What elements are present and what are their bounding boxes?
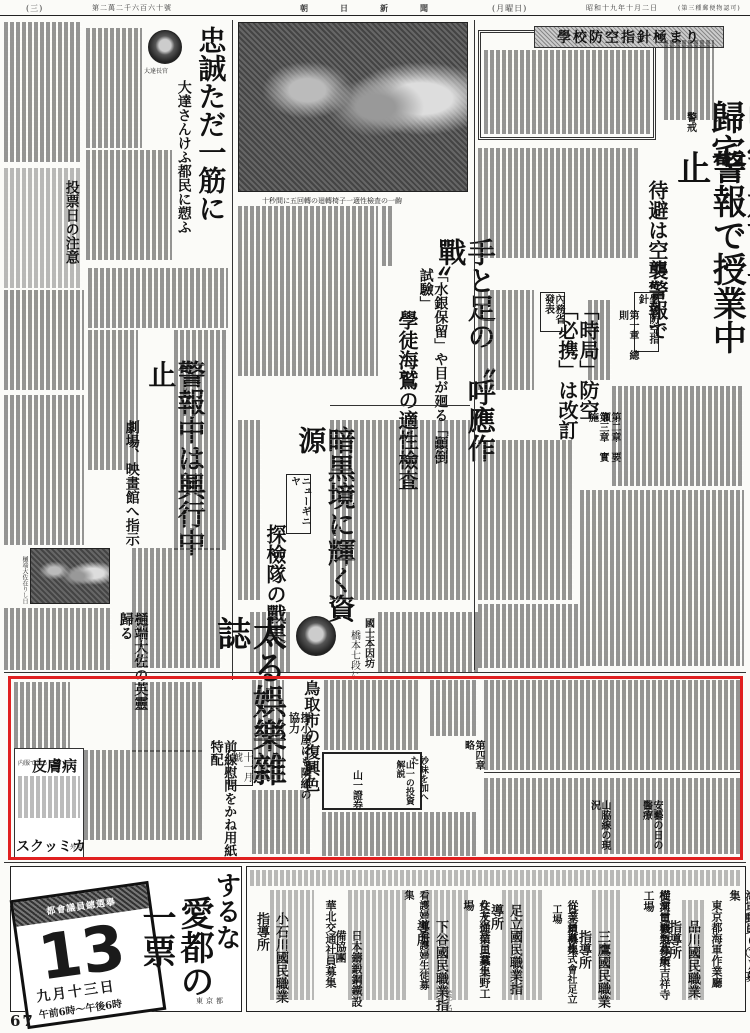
masthead-rule <box>0 15 750 16</box>
body-text-block <box>382 206 392 266</box>
portrait-caption: 大達長官 <box>144 66 168 75</box>
newspaper-name: 朝 日 新 聞 <box>300 3 440 14</box>
ad-fine-print <box>592 890 622 1000</box>
issue-number: 第二萬二千六百六十號 <box>92 3 172 13</box>
body-text-block <box>14 682 70 752</box>
jikyoku-subhead: 內務省發表 <box>540 292 565 332</box>
body-text-block <box>484 680 740 770</box>
ad-fine-print <box>502 890 542 1000</box>
ad-fine-print <box>682 900 706 1000</box>
colonel-photo <box>30 548 110 604</box>
job-listing-9: 東京都海軍作業廳 <box>708 900 724 1000</box>
photo-caption: 十秒間に五回轉の廻轉椅子一適性檢査の一齣 <box>262 196 402 206</box>
weekday: (月曜日) <box>492 3 527 14</box>
body-text-block <box>484 778 740 854</box>
body-text-block <box>478 440 574 600</box>
job-listing-3-count: 若干名 <box>444 990 454 1011</box>
body-text-block <box>4 608 112 670</box>
body-text-block <box>478 604 578 668</box>
south-committee-subhead: 第四章 略 <box>462 740 483 780</box>
body-text-block <box>86 150 172 260</box>
body-text-block <box>238 420 262 600</box>
book-notice-title: 山一の投資解説 <box>394 760 413 810</box>
body-text-block <box>430 680 478 736</box>
colonel-photo-caption: 樋端大佐在りし日 <box>20 556 29 604</box>
date: 昭和十九年十月二日 <box>586 3 658 13</box>
skin-ad-small: 内服で治る <box>18 758 48 767</box>
ad-fine-print <box>348 890 408 1000</box>
body-text-block <box>238 206 378 376</box>
new-guinea-kicker: ニューギニヤ <box>286 474 311 534</box>
body-text-block <box>580 490 744 666</box>
masthead: (三) 第二萬二千六百六十號 朝 日 新 聞 (月曜日) 昭和十九年十月二日 (… <box>0 0 750 16</box>
ad-fine-print <box>270 890 314 1000</box>
body-text-block <box>88 268 228 328</box>
section-rule <box>484 772 740 773</box>
time-to: 午後6時 <box>85 999 123 1015</box>
school-section-1: 第一章 總則 <box>616 310 637 360</box>
edition: (第三種郵便物認可) <box>678 3 741 12</box>
body-text-block <box>4 395 84 545</box>
body-text-block <box>612 386 744 486</box>
skin-ad-tagline: 外用 <box>70 842 82 851</box>
body-text-block <box>378 612 478 672</box>
column-rule <box>474 20 475 670</box>
magazines-issue-tag: 十一月號 <box>228 750 253 786</box>
body-text-block <box>324 680 420 750</box>
loyalty-headline: 忠誠ただ一筋に <box>196 26 225 276</box>
section-rule <box>4 862 746 863</box>
body-text-block <box>252 680 284 780</box>
body-text-block <box>330 420 470 600</box>
ad-fine-print <box>18 776 80 818</box>
profile-portrait <box>296 616 336 656</box>
section-rule <box>330 405 470 406</box>
page-number: 67 <box>10 1012 35 1030</box>
election-slogan-2: 一票 <box>132 900 181 990</box>
portrait-photo <box>148 30 182 64</box>
body-text-block <box>132 548 222 668</box>
body-text-block <box>4 22 82 162</box>
election-sponsor: 東京都 <box>196 996 226 1006</box>
page-section: (三) <box>26 3 43 14</box>
body-text-block <box>252 790 312 854</box>
time-from: 午前6時 <box>38 1005 76 1021</box>
profile-name: 國士本因坊 <box>362 618 373 678</box>
body-text-block <box>478 290 534 390</box>
loyalty-subhead: 大達さんけふ都民に愬ふ <box>176 80 191 280</box>
body-text-block <box>84 750 204 840</box>
body-text-block <box>484 50 650 134</box>
body-text-block <box>132 682 202 752</box>
lower-right-item-1: 安藝の日の醫療 <box>640 800 661 850</box>
job-listing-9-note: 海軍動員(⑦)募集 <box>726 890 750 990</box>
book-notice-publisher: 山一證券 <box>350 770 361 810</box>
ad-fine-print <box>250 870 742 886</box>
body-text-block <box>478 148 638 258</box>
school-headline-kicker: 警戒 <box>684 112 695 142</box>
polling-day-headline: 投票日の注意 <box>64 180 79 280</box>
column-rule <box>232 20 233 680</box>
lower-right-item-2: 山脇線の現況 <box>588 800 609 850</box>
body-text-block <box>174 330 228 550</box>
school-headline-second: 警報で授業中止 <box>672 150 743 370</box>
tottori-subhead: 掛小屋にも隣組の協力 <box>288 712 311 802</box>
news-photo-spinning-chair <box>238 22 468 192</box>
body-text-block <box>86 28 142 148</box>
body-text-block <box>4 290 84 390</box>
section-rule <box>4 672 746 673</box>
body-text-block <box>322 812 478 856</box>
